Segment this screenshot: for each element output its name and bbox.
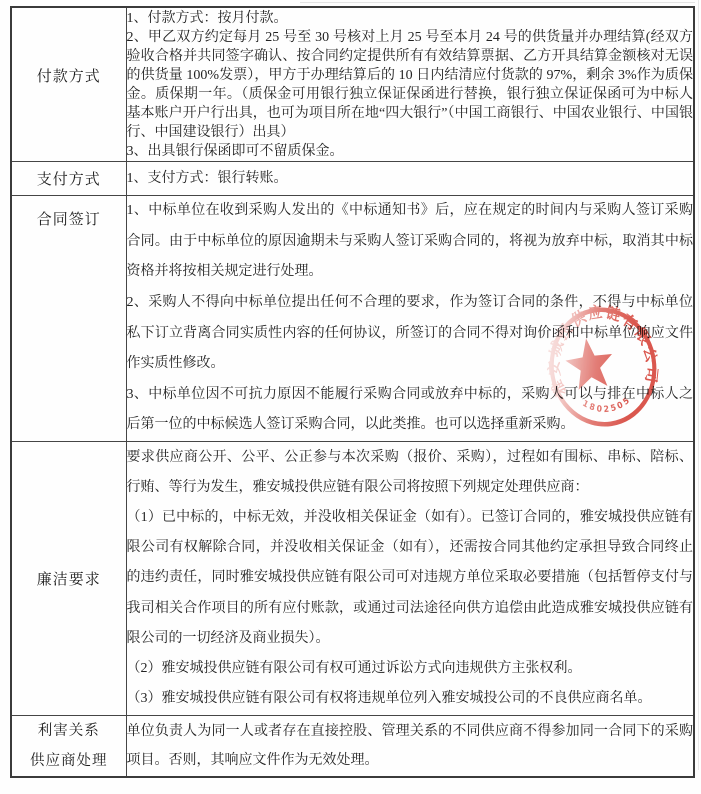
paragraph: 2、采购人不得向中标单位提出任何不合理的要求，作为签订合同的条件，不得与中标单位… <box>127 288 694 380</box>
row-label-integrity-requirements: 廉洁要求 <box>11 442 126 716</box>
row-label-contract-signing: 合同签订 <box>11 196 126 442</box>
paragraph: （2）雅安城投供应链有限公司有权可通过诉讼方式向违规供方主张权利。 <box>127 654 694 684</box>
table-row-integrity-requirements: 廉洁要求 要求供应商公开、公平、公正参与本次采购（报价、采购），过程如有围标、串… <box>11 442 694 716</box>
row-label-payment-method: 支付方式 <box>11 162 126 196</box>
table-row-payment-method: 支付方式 1、支付方式：银行转账。 <box>11 162 694 196</box>
row-content-integrity-requirements: 要求供应商公开、公平、公正参与本次采购（报价、采购），过程如有围标、串标、陪标、… <box>126 442 694 716</box>
row-label-text: 支付方式 <box>12 168 126 189</box>
document-page: 付款方式 1、付款方式：按月付款。 2、甲乙双方约定每月 25 号至 30 号核… <box>0 0 701 794</box>
table-row-contract-signing: 合同签订 1、中标单位在收到采购人发出的《中标通知书》后，应在规定的时间内与采购… <box>11 196 694 442</box>
paragraph: 单位负责人为同一人或者存在直接控股、管理关系的不同供应商不得参加同一合同下的采购… <box>127 717 694 775</box>
row-label-text: 付款方式 <box>12 65 126 104</box>
row-content-payment-method: 1、支付方式：银行转账。 <box>126 162 694 196</box>
paragraph: 1、付款方式：按月付款。 <box>127 9 694 28</box>
row-content-contract-signing: 1、中标单位在收到采购人发出的《中标通知书》后，应在规定的时间内与采购人签订采购… <box>126 196 694 442</box>
paragraph: 2、甲乙双方约定每月 25 号至 30 号核对上月 25 号至本月 24 号的供… <box>127 28 694 142</box>
paragraph: 3、出具银行保函即可不留质保金。 <box>127 142 694 161</box>
row-content-related-supplier-handling: 单位负责人为同一人或者存在直接控股、管理关系的不同供应商不得参加同一合同下的采购… <box>126 716 694 778</box>
row-label-related-supplier-handling: 利害关系 供应商处理 <box>11 716 126 778</box>
paragraph: （3）雅安城投供应链有限公司有权将违规单位列入雅安城投公司的不良供应商名单。 <box>127 684 694 714</box>
row-label-text: 利害关系 <box>12 716 126 746</box>
row-label-payment-terms: 付款方式 <box>11 7 126 162</box>
scan-artifact-line <box>698 0 699 770</box>
row-label-text: 廉洁要求 <box>12 568 126 589</box>
row-content-payment-terms: 1、付款方式：按月付款。 2、甲乙双方约定每月 25 号至 30 号核对上月 2… <box>126 7 694 162</box>
row-label-text: 供应商处理 <box>12 746 126 776</box>
paragraph: （1）已中标的，中标无效，并没收相关保证金（如有）。已签订合同的，雅安城投供应链… <box>127 503 694 654</box>
scan-artifact-line <box>300 2 695 3</box>
row-label-text: 合同签订 <box>12 196 126 229</box>
paragraph: 1、支付方式：银行转账。 <box>127 168 694 190</box>
contract-terms-table: 付款方式 1、付款方式：按月付款。 2、甲乙双方约定每月 25 号至 30 号核… <box>10 6 695 778</box>
paragraph: 1、中标单位在收到采购人发出的《中标通知书》后，应在规定的时间内与采购人签订采购… <box>127 196 694 288</box>
paragraph: 要求供应商公开、公平、公正参与本次采购（报价、采购），过程如有围标、串标、陪标、… <box>127 443 694 503</box>
table-row-related-supplier-handling: 利害关系 供应商处理 单位负责人为同一人或者存在直接控股、管理关系的不同供应商不… <box>11 716 694 778</box>
table-row-payment-terms: 付款方式 1、付款方式：按月付款。 2、甲乙双方约定每月 25 号至 30 号核… <box>11 7 694 162</box>
paragraph: 3、中标单位因不可抗力原因不能履行采购合同或放弃中标的，采购人可以与排在中标人之… <box>127 380 694 441</box>
